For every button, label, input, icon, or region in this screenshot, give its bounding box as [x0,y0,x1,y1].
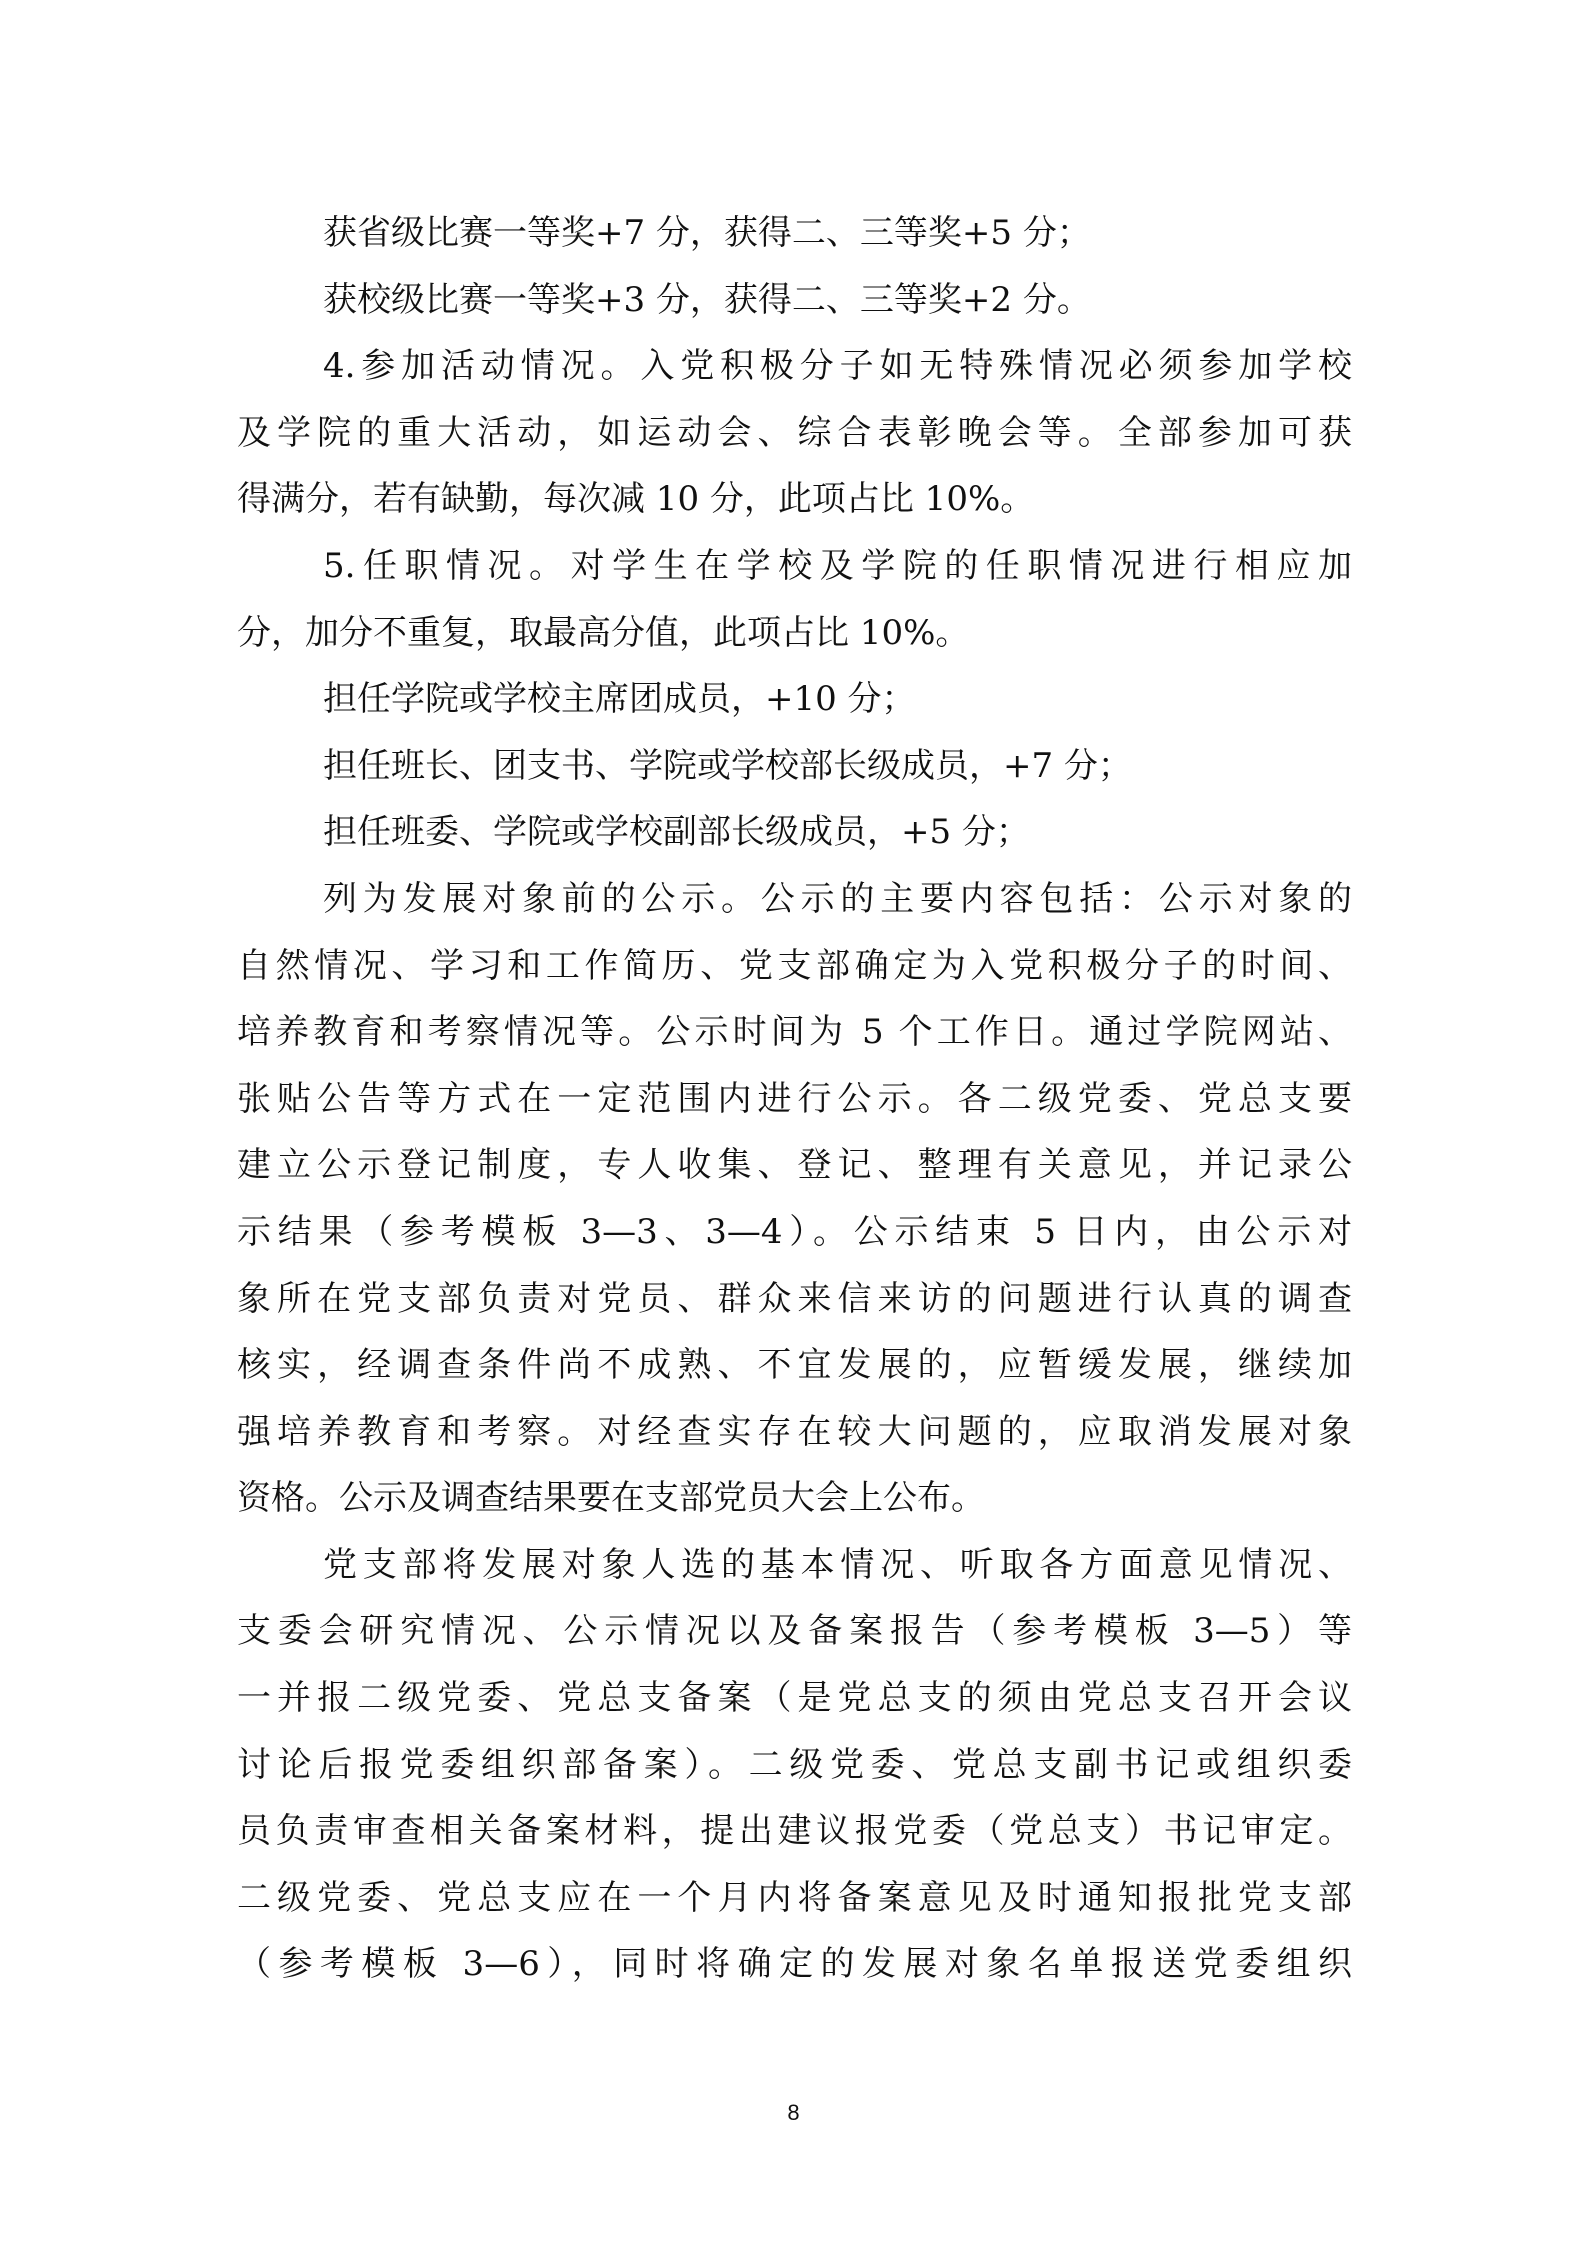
text-line: 党支部将发展对象人选的基本情况、听取各方面意见情况、 [237,1532,1352,1599]
text-line: 核实，经调查条件尚不成熟、不宜发展的，应暂缓发展，继续加 [237,1332,1352,1399]
body-text: 获省级比赛一等奖+7 分，获得二、三等奖+5 分； 获校级比赛一等奖+3 分，获… [237,200,1352,1998]
text-line: 得满分，若有缺勤，每次减 10 分，此项占比 10%。 [237,466,1352,533]
text-line: 担任班长、团支书、学院或学校部长级成员，+7 分； [237,733,1352,800]
text-line: 支委会研究情况、公示情况以及备案报告（参考模板 3—5）等 [237,1598,1352,1665]
text-line: 列为发展对象前的公示。公示的主要内容包括：公示对象的 [237,866,1352,933]
text-line: 担任学院或学校主席团成员，+10 分； [237,666,1352,733]
text-line: 强培养教育和考察。对经查实存在较大问题的，应取消发展对象 [237,1399,1352,1466]
text-line: 分，加分不重复，取最高分值，此项占比 10%。 [237,600,1352,667]
text-line: （参考模板 3—6），同时将确定的发展对象名单报送党委组织 [237,1931,1352,1998]
text-line: 获省级比赛一等奖+7 分，获得二、三等奖+5 分； [237,200,1352,267]
text-line: 担任班委、学院或学校副部长级成员，+5 分； [237,799,1352,866]
document-page: 获省级比赛一等奖+7 分，获得二、三等奖+5 分； 获校级比赛一等奖+3 分，获… [0,0,1587,2245]
text-line: 自然情况、学习和工作简历、党支部确定为入党积极分子的时间、 [237,933,1352,1000]
text-line: 一并报二级党委、党总支备案（是党总支的须由党总支召开会议 [237,1665,1352,1732]
text-line: 及学院的重大活动，如运动会、综合表彰晚会等。全部参加可获 [237,400,1352,467]
text-line: 4.参加活动情况。入党积极分子如无特殊情况必须参加学校 [237,333,1352,400]
text-line: 5.任职情况。对学生在学校及学院的任职情况进行相应加 [237,533,1352,600]
text-line: 二级党委、党总支应在一个月内将备案意见及时通知报批党支部 [237,1865,1352,1932]
text-line: 获校级比赛一等奖+3 分，获得二、三等奖+2 分。 [237,267,1352,334]
text-line: 张贴公告等方式在一定范围内进行公示。各二级党委、党总支要 [237,1066,1352,1133]
text-line: 资格。公示及调查结果要在支部党员大会上公布。 [237,1465,1352,1532]
text-line: 示结果（参考模板 3—3、3—4）。公示结束 5 日内，由公示对 [237,1199,1352,1266]
page-number: 8 [0,2100,1587,2126]
text-line: 象所在党支部负责对党员、群众来信来访的问题进行认真的调查 [237,1266,1352,1333]
text-line: 建立公示登记制度，专人收集、登记、整理有关意见，并记录公 [237,1132,1352,1199]
text-line: 员负责审查相关备案材料，提出建议报党委（党总支）书记审定。 [237,1798,1352,1865]
text-line: 培养教育和考察情况等。公示时间为 5 个工作日。通过学院网站、 [237,999,1352,1066]
text-line: 讨论后报党委组织部备案）。二级党委、党总支副书记或组织委 [237,1732,1352,1799]
